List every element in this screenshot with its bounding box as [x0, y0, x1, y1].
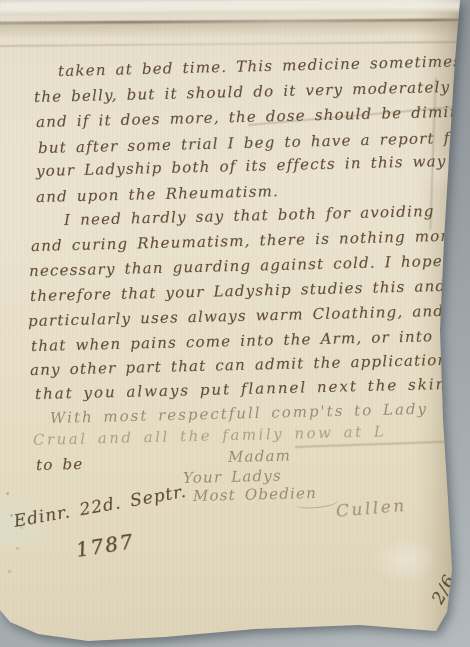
- photo-backdrop: taken at bed time. This medicine sometim…: [0, 0, 470, 647]
- manuscript-line: and upon the Rheumatism.: [36, 182, 279, 206]
- manuscript-line: your Ladyship both of its effects in thi…: [36, 152, 447, 180]
- manuscript-line: any other part that can admit the applic…: [30, 351, 449, 379]
- valediction-your-ladyship: Your Ladys: [183, 467, 282, 487]
- dateline-year: 1787: [74, 529, 136, 562]
- salutation-madam: Madam: [228, 446, 291, 466]
- letter-page: taken at bed time. This medicine sometim…: [0, 0, 470, 647]
- manuscript-line: and curing Rheumatism, there is nothing …: [31, 227, 449, 255]
- folio-number: 2/6: [428, 571, 460, 607]
- manuscript-line: therefore that your Ladyship studies thi…: [30, 277, 447, 305]
- fold-crease-second: [0, 41, 466, 47]
- fold-highlight: [0, 0, 466, 15]
- ink-specks: [6, 492, 9, 495]
- closing-to-be: to be: [36, 455, 84, 474]
- manuscript-line: particularly uses always warm Cloathing,…: [28, 302, 445, 330]
- manuscript-line: the belly, but it should do it very mode…: [34, 78, 451, 106]
- manuscript-line: that you always put flannel next the ski…: [35, 375, 448, 403]
- signature-cullen: Cullen: [335, 496, 407, 522]
- manuscript-line: necessary than guarding against cold. I …: [29, 252, 443, 280]
- manuscript-line: I need hardly say that both for avoiding: [64, 202, 435, 229]
- letter-page-wrap: taken at bed time. This medicine sometim…: [0, 0, 470, 647]
- fold-crease-shadow: [0, 22, 468, 40]
- manuscript-line: that when pains come into the Arm, or in…: [31, 327, 434, 355]
- manuscript-line: taken at bed time. This medicine sometim…: [58, 51, 470, 80]
- dateline-place-date: Edinr. 22d. Septr.: [12, 482, 188, 532]
- manuscript-line: and if it does more, the dose should be …: [36, 102, 470, 131]
